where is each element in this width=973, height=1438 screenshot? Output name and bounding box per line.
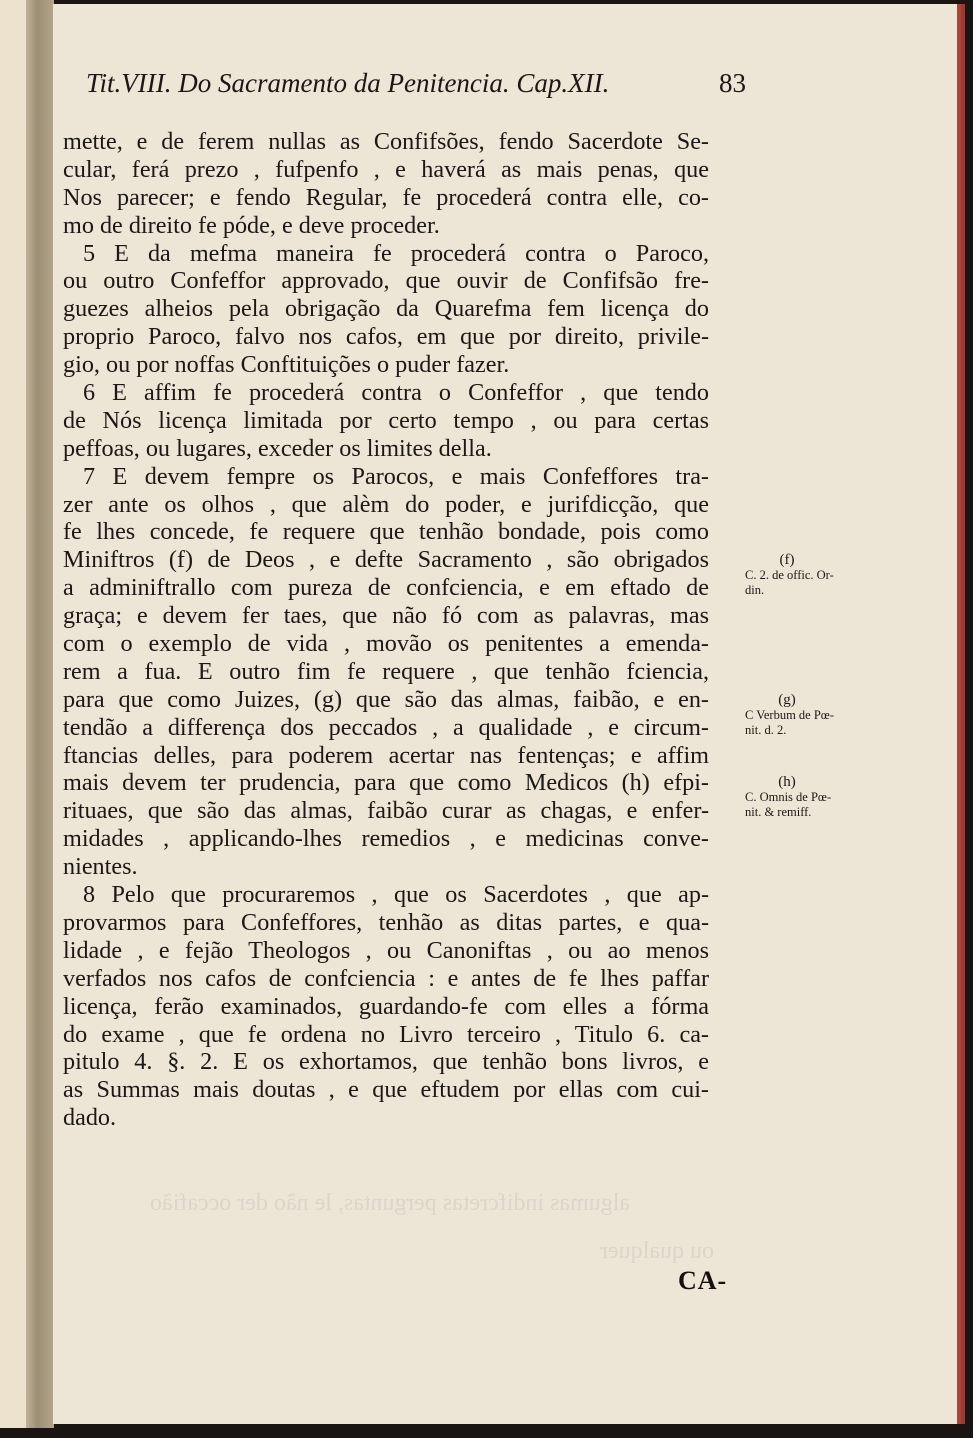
text-line: licença, ferão examinados, guardando-fe … [63, 993, 709, 1021]
paragraph-5-start: 5 E da mefma maneira fe procederá contra… [63, 240, 709, 268]
text-line: provarmos para Confeffores, tenhão as di… [63, 909, 709, 937]
margin-note-h: (h) C. Omnis de Pœ- nit. & remiff. [745, 775, 865, 820]
running-head: Tit.VIII. Do Sacramento da Penitencia. C… [86, 68, 746, 108]
text-line: a adminiftrallo com pureza de confcienci… [63, 574, 709, 602]
paragraph-6-start: 6 E affim fe procederá contra o Confeffo… [63, 379, 709, 407]
book-gutter [26, 0, 54, 1428]
text-line: mette, e de ferem nullas as Confifsões, … [63, 128, 709, 156]
text-line: Nos parecer; e fendo Regular, fe procede… [63, 184, 709, 212]
text-line: midades , applicando-lhes remedios , e m… [63, 825, 709, 853]
margin-note-f: (f) C. 2. de offic. Or- din. [745, 553, 865, 598]
previous-page-edge [0, 0, 26, 1428]
text-line: rem a fua. E outro fim fe requere , que … [63, 658, 709, 686]
text-line: mo de direito fe póde, e deve proceder. [63, 212, 709, 240]
margin-note-line: C. 2. de offic. Or- [745, 568, 865, 583]
red-page-edge [961, 4, 965, 1424]
text-line: gio, ou por noffas Conftituições o puder… [63, 351, 709, 379]
running-head-title: Tit.VIII. Do Sacramento da Penitencia. C… [86, 68, 609, 98]
text-line: tendão a differença dos peccados , a qua… [63, 714, 709, 742]
margin-note-line: C Verbum de Pœ- [745, 708, 865, 723]
page-number: 83 [719, 68, 746, 99]
margin-note-line: nit. d. 2. [745, 723, 865, 738]
text-line: zer ante os olhos , que alèm do poder, e… [63, 491, 709, 519]
text-line-footnote-f: Miniftros (f) de Deos , e defte Sacramen… [63, 546, 709, 574]
text-line: peffoas, ou lugares, exceder os limites … [63, 435, 709, 463]
text-line: fe lhes concede, fe requere que tenhão b… [63, 518, 709, 546]
text-line: com o exemplo de vida , movão os peniten… [63, 630, 709, 658]
text-line: de Nós licença limitada por certo tempo … [63, 407, 709, 435]
text-line: as Summas mais doutas , e que eftudem po… [63, 1076, 709, 1104]
text-line: dado. [63, 1104, 709, 1132]
margin-note-line: nit. & remiff. [745, 805, 865, 820]
paragraph-8-start: 8 Pelo que procuraremos , que os Sacerdo… [63, 881, 709, 909]
footnote-mark: (g) [757, 693, 817, 708]
text-line: ou outro Confeffor approvado, que ouvir … [63, 267, 709, 295]
text-line: rituaes, que são das almas, faibão curar… [63, 797, 709, 825]
text-line: do exame , que fe ordena no Livro tercei… [63, 1021, 709, 1049]
margin-note-line: din. [745, 583, 865, 598]
margin-note-g: (g) C Verbum de Pœ- nit. d. 2. [745, 693, 865, 738]
footnote-mark: (h) [757, 775, 817, 790]
text-line: guezes alheios pela obrigação da Quarefm… [63, 295, 709, 323]
bleed-through-text: algumas indifcretas perguntas, le não de… [150, 1190, 630, 1217]
text-line: cular, ferá prezo , fufpenfo , e haverá … [63, 156, 709, 184]
text-line: proprio Paroco, falvo nos cafos, em que … [63, 323, 709, 351]
text-line: graça; e devem fer taes, que não fó com … [63, 602, 709, 630]
text-line: lidade , e fejão Theologos , ou Canonift… [63, 937, 709, 965]
bleed-through-text: ou qualquer [600, 1238, 714, 1265]
text-line-footnote-h: mais devem ter prudencia, para que como … [63, 769, 709, 797]
margin-note-line: C. Omnis de Pœ- [745, 790, 865, 805]
text-line: nientes. [63, 853, 709, 881]
text-line: pitulo 4. §. 2. E os exhortamos, que ten… [63, 1048, 709, 1076]
footnote-mark: (f) [757, 553, 817, 568]
paragraph-7-start: 7 E devem fempre os Parocos, e mais Conf… [63, 463, 709, 491]
text-line: verfados nos cafos de confciencia : e an… [63, 965, 709, 993]
body-text: mette, e de ferem nullas as Confifsões, … [63, 128, 709, 1132]
text-line: ftancias delles, para poderem acertar na… [63, 742, 709, 770]
catchword: CA- [678, 1266, 727, 1296]
text-line-footnote-g: para que como Juizes, (g) que são das al… [63, 686, 709, 714]
